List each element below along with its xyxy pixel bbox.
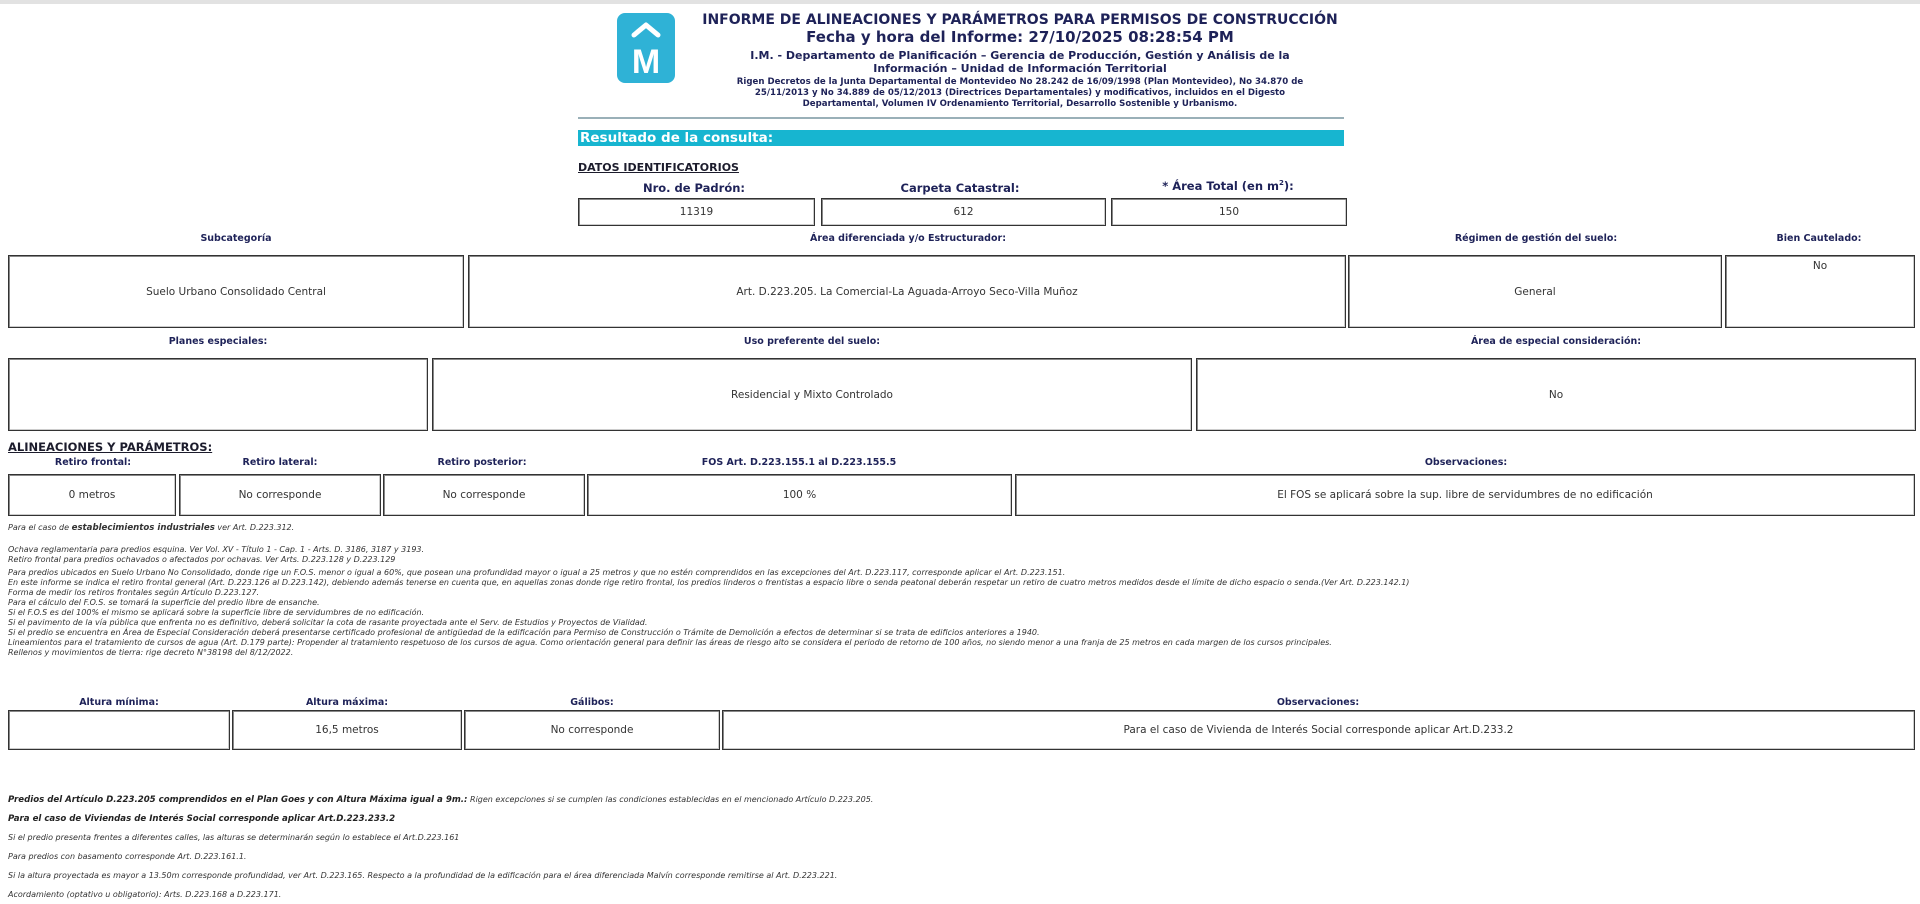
regimen-value: General	[1348, 255, 1722, 328]
department-line-1: I.M. - Departamento de Planificación – G…	[700, 49, 1340, 62]
subcategoria-label: Subcategoría	[8, 233, 464, 244]
note-line: Rellenos y movimientos de tierra: rige d…	[8, 648, 1409, 658]
fos-value: 100 %	[587, 474, 1012, 516]
bien-cautelado-value: No	[1725, 255, 1915, 328]
area-especial-label: Área de especial consideración:	[1196, 336, 1916, 347]
retiro-frontal-label: Retiro frontal:	[8, 457, 178, 468]
note-line: Para predios ubicados en Suelo Urbano No…	[8, 568, 1409, 578]
area-diferenciada-value: Art. D.223.205. La Comercial-La Aguada-A…	[468, 255, 1346, 328]
area-total-label: * Área Total (en m2):	[1112, 179, 1344, 193]
alturas-notes: Predios del Artículo D.223.205 comprendi…	[8, 790, 873, 904]
padron-label: Nro. de Padrón:	[578, 181, 810, 195]
retiro-posterior-value: No corresponde	[383, 474, 585, 516]
altura-minima-value	[8, 710, 230, 750]
carpeta-label: Carpeta Catastral:	[820, 181, 1100, 195]
department-line-2: Información – Unidad de Información Terr…	[700, 62, 1340, 75]
galibos-value: No corresponde	[464, 710, 720, 750]
altura-maxima-label: Altura máxima:	[232, 697, 462, 708]
note-line: Forma de medir los retiros frontales seg…	[8, 588, 1409, 598]
decrees-line-3: Departamental, Volumen IV Ordenamiento T…	[700, 99, 1340, 110]
svg-text:M: M	[632, 43, 660, 81]
note-line: Si el predio se encuentra en Área de Esp…	[8, 628, 1409, 638]
note-line: Si el predio presenta frentes a diferent…	[8, 828, 873, 847]
retiro-frontal-value: 0 metros	[8, 474, 176, 516]
uso-preferente-value: Residencial y Mixto Controlado	[432, 358, 1192, 431]
regimen-label: Régimen de gestión del suelo:	[1348, 233, 1724, 244]
montevideo-logo-icon: M	[617, 13, 675, 83]
carpeta-value: 612	[821, 198, 1106, 226]
retiro-lateral-value: No corresponde	[179, 474, 381, 516]
alineaciones-title: ALINEACIONES Y PARÁMETROS:	[8, 440, 212, 454]
note-line: Acordamiento (optativo u obligatorio): A…	[8, 885, 873, 904]
planes-especiales-label: Planes especiales:	[8, 336, 428, 347]
subcategoria-value: Suelo Urbano Consolidado Central	[8, 255, 464, 328]
alturas-observaciones-value: Para el caso de Vivienda de Interés Soci…	[722, 710, 1915, 750]
note-line: Si el pavimento de la vía pública que en…	[8, 618, 1409, 628]
notes-list: Ochava reglamentaria para predios esquin…	[8, 545, 1409, 658]
padron-value: 11319	[578, 198, 815, 226]
result-banner: Resultado de la consulta:	[578, 130, 1344, 146]
observaciones-label: Observaciones:	[1016, 457, 1916, 468]
note-line: Si el F.O.S es del 100% el mismo se apli…	[8, 608, 1409, 618]
galibos-label: Gálibos:	[464, 697, 720, 708]
goes-note: Predios del Artículo D.223.205 comprendi…	[8, 790, 873, 809]
note-line: Ochava reglamentaria para predios esquin…	[8, 545, 1409, 555]
report-datetime: Fecha y hora del Informe: 27/10/2025 08:…	[700, 29, 1340, 46]
planes-especiales-value	[8, 358, 428, 431]
top-border	[0, 0, 1920, 4]
altura-minima-label: Altura mínima:	[8, 697, 230, 708]
report-header: INFORME DE ALINEACIONES Y PARÁMETROS PAR…	[700, 12, 1340, 110]
industrial-note: Para el caso de establecimientos industr…	[8, 523, 294, 533]
note-line: Lineamientos para el tratamiento de curs…	[8, 638, 1409, 648]
area-especial-value: No	[1196, 358, 1916, 431]
note-line: En este informe se indica el retiro fron…	[8, 578, 1409, 588]
retiro-lateral-label: Retiro lateral:	[180, 457, 380, 468]
note-line: Para predios con basamento corresponde A…	[8, 847, 873, 866]
observaciones-value: El FOS se aplicará sobre la sup. libre d…	[1015, 474, 1915, 516]
note-line: Para el cálculo del F.O.S. se tomará la …	[8, 598, 1409, 608]
area-diferenciada-label: Área diferenciada y/o Estructurador:	[468, 233, 1348, 244]
uso-preferente-label: Uso preferente del suelo:	[432, 336, 1192, 347]
bien-cautelado-label: Bien Cautelado:	[1724, 233, 1914, 244]
decrees-line-2: 25/11/2013 y No 34.889 de 05/12/2013 (Di…	[700, 88, 1340, 99]
altura-maxima-value: 16,5 metros	[232, 710, 462, 750]
report-title: INFORME DE ALINEACIONES Y PARÁMETROS PAR…	[700, 12, 1340, 29]
note-line: Si la altura proyectada es mayor a 13.50…	[8, 866, 873, 885]
header-divider	[578, 117, 1344, 119]
fos-label: FOS Art. D.223.155.1 al D.223.155.5	[586, 457, 1012, 468]
alturas-observaciones-label: Observaciones:	[722, 697, 1914, 708]
retiro-posterior-label: Retiro posterior:	[382, 457, 582, 468]
vis-note: Para el caso de Viviendas de Interés Soc…	[8, 809, 873, 828]
note-line: Retiro frontal para predios ochavados o …	[8, 555, 1409, 565]
decrees-line-1: Rigen Decretos de la Junta Departamental…	[700, 77, 1340, 88]
datos-identificatorios-title: DATOS IDENTIFICATORIOS	[578, 161, 739, 174]
area-total-value: 150	[1111, 198, 1347, 226]
